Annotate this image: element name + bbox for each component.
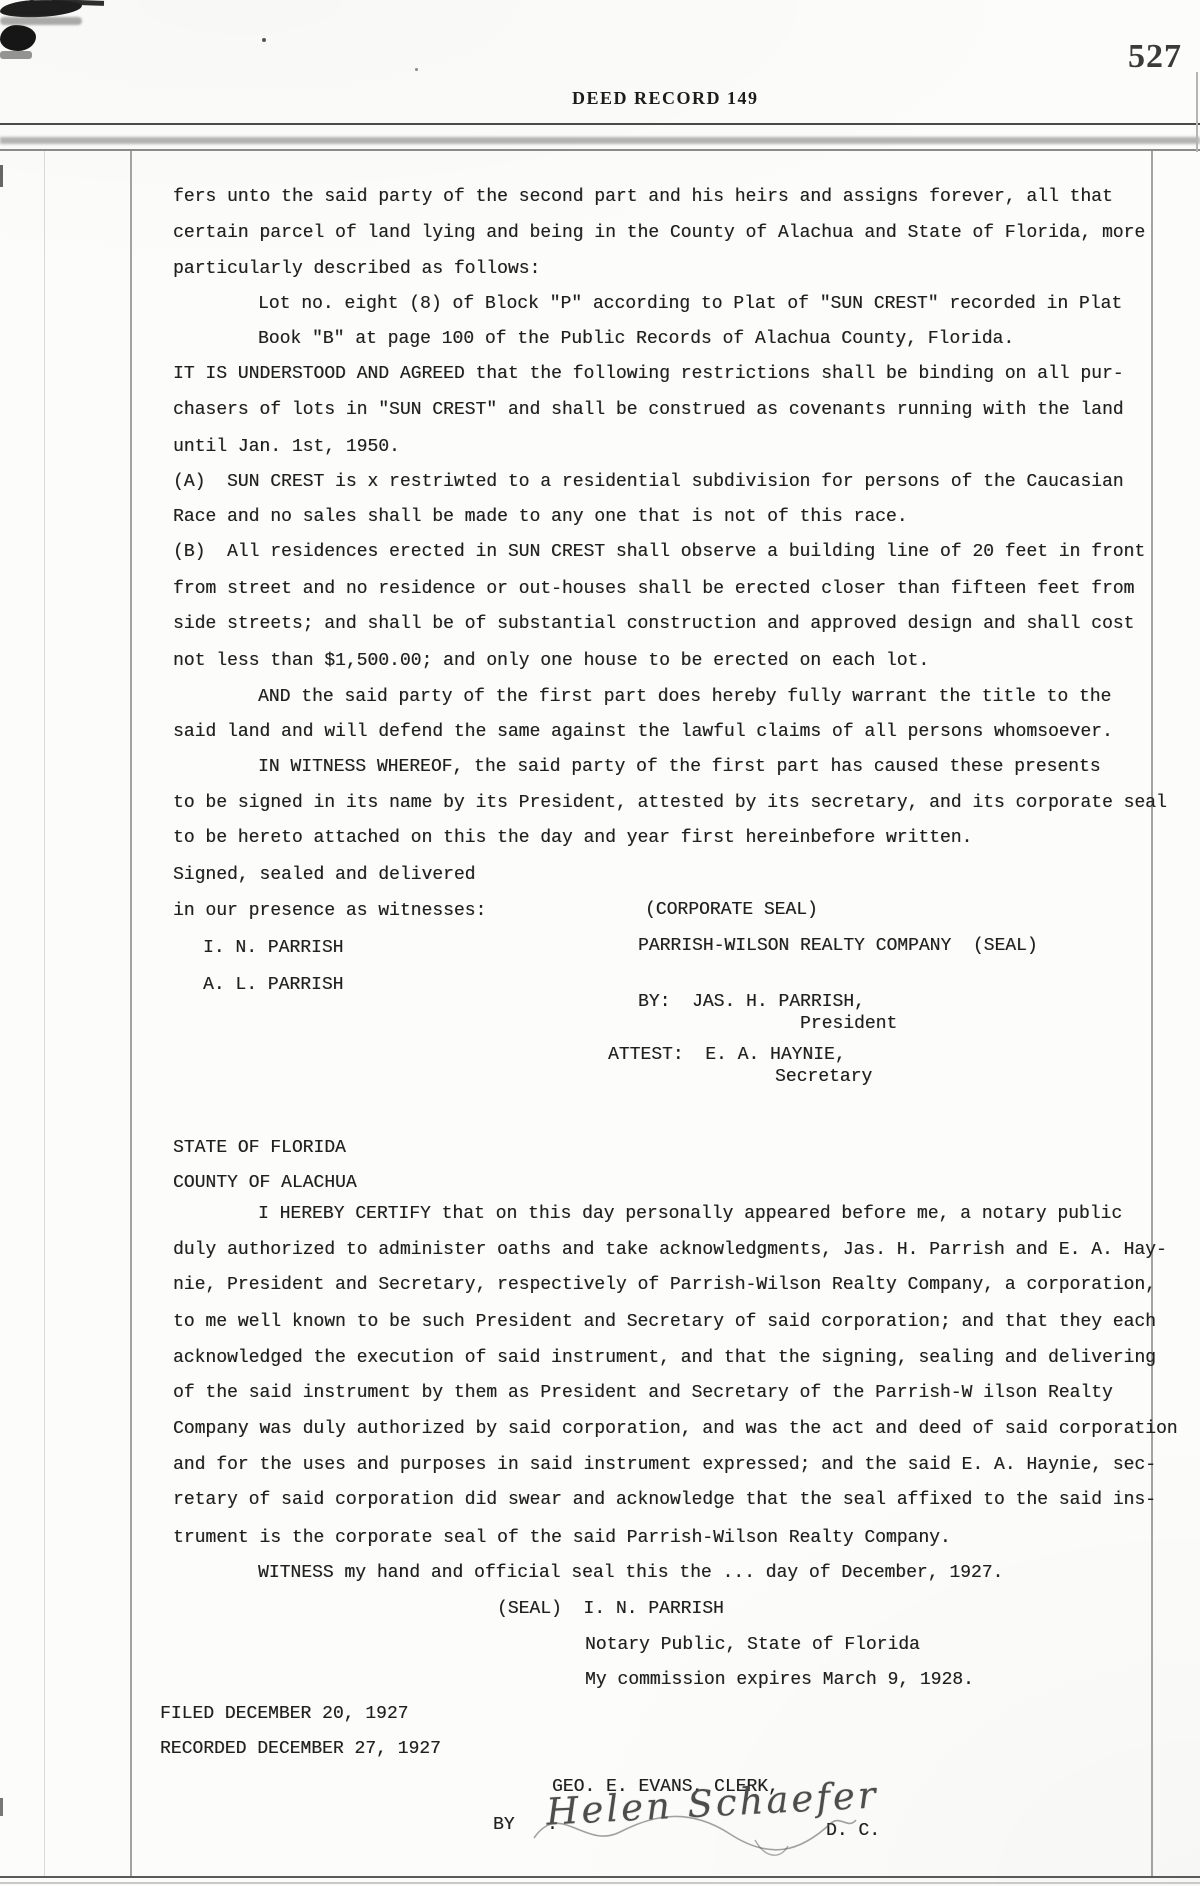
document-line: Race and no sales shall be made to any o… (173, 506, 908, 528)
document-line: STATE OF FLORIDA (173, 1137, 346, 1159)
document-line: until Jan. 1st, 1950. (173, 436, 400, 458)
document-line: President (800, 1013, 897, 1035)
document-line: Signed, sealed and delivered (173, 864, 475, 886)
document-line: of the said instrument by them as Presid… (173, 1382, 1113, 1404)
document-line: and for the uses and purposes in said in… (173, 1454, 1156, 1476)
document-line: BY: JAS. H. PARRISH, (638, 991, 865, 1013)
document-line: to be signed in its name by its Presiden… (173, 792, 1167, 814)
document-line: Company was duly authorized by said corp… (173, 1418, 1178, 1440)
document-line: RECORDED DECEMBER 27, 1927 (160, 1738, 441, 1760)
document-line: particularly described as follows: (173, 258, 540, 280)
ink-smudge (0, 0, 82, 18)
top-rule-lower-thin (0, 149, 1200, 151)
document-line: nie, President and Secretary, respective… (173, 1274, 1156, 1296)
document-line: fers unto the said party of the second p… (173, 186, 1113, 208)
document-line: FILED DECEMBER 20, 1927 (160, 1703, 408, 1725)
document-line: I. N. PARRISH (203, 937, 343, 959)
document-line: retary of said corporation did swear and… (173, 1489, 1156, 1511)
scan-artifact (415, 68, 418, 71)
scan-artifact (262, 38, 266, 42)
document-line: A. L. PARRISH (203, 974, 343, 996)
faint-left-edge-rule (44, 151, 45, 1877)
signature-flourish (530, 1790, 860, 1860)
document-line: trument is the corporate seal of the sai… (173, 1527, 951, 1549)
document-line: in our presence as witnesses: (173, 900, 486, 922)
document-line: WITNESS my hand and official seal this t… (258, 1562, 1003, 1584)
document-line: said land and will defend the same again… (173, 721, 1113, 743)
document-line: side streets; and shall be of substantia… (173, 613, 1134, 635)
document-line: (SEAL) I. N. PARRISH (497, 1598, 724, 1620)
top-rule-thin (0, 123, 1200, 125)
document-line: (A) SUN CREST is x restriwted to a resid… (173, 471, 1124, 493)
page-bottom-rule (0, 1876, 1200, 1878)
ink-smudge (0, 25, 36, 51)
right-margin-rule (1151, 151, 1153, 1877)
page-bottom-rule-faint (0, 1882, 1200, 1884)
document-line: Book "B" at page 100 of the Public Recor… (258, 328, 1014, 350)
document-line: I HEREBY CERTIFY that on this day person… (258, 1203, 1122, 1225)
document-line: COUNTY OF ALACHUA (173, 1172, 357, 1194)
ink-smudge (0, 17, 82, 25)
document-line: from street and no residence or out-hous… (173, 578, 1134, 600)
document-line: (CORPORATE SEAL) (645, 899, 818, 921)
scan-artifact (0, 1798, 3, 1816)
document-line: My commission expires March 9, 1928. (585, 1669, 974, 1691)
deed-record-page: 527 DEED RECORD 149 fers unto the said p… (0, 0, 1200, 1886)
document-line: PARRISH-WILSON REALTY COMPANY (SEAL) (638, 935, 1038, 957)
document-line: chasers of lots in "SUN CREST" and shall… (173, 399, 1124, 421)
document-line: acknowledged the execution of said instr… (173, 1347, 1156, 1369)
page-number: 527 (1128, 38, 1182, 76)
document-line: certain parcel of land lying and being i… (173, 222, 1145, 244)
document-line: Notary Public, State of Florida (585, 1634, 920, 1656)
document-line: IT IS UNDERSTOOD AND AGREED that the fol… (173, 363, 1124, 385)
document-line: to me well known to be such President an… (173, 1311, 1156, 1333)
document-line: duly authorized to administer oaths and … (173, 1239, 1167, 1261)
document-line: ATTEST: E. A. HAYNIE, (608, 1044, 846, 1066)
document-line: to be hereto attached on this the day an… (173, 827, 972, 849)
ink-smudge (0, 51, 32, 59)
document-line: (B) All residences erected in SUN CREST … (173, 541, 1145, 563)
document-line: Secretary (775, 1066, 872, 1088)
top-right-edge-rule (1196, 72, 1198, 152)
document-line: AND the said party of the first part doe… (258, 686, 1111, 708)
document-line: Lot no. eight (8) of Block "P" according… (258, 293, 1122, 315)
document-line: IN WITNESS WHEREOF, the said party of th… (258, 756, 1101, 778)
page-header-title: DEED RECORD 149 (572, 88, 759, 109)
top-rule-gray-band (0, 137, 1200, 144)
document-line: not less than $1,500.00; and only one ho… (173, 650, 929, 672)
scan-artifact (0, 165, 3, 187)
left-margin-rule (130, 151, 132, 1877)
